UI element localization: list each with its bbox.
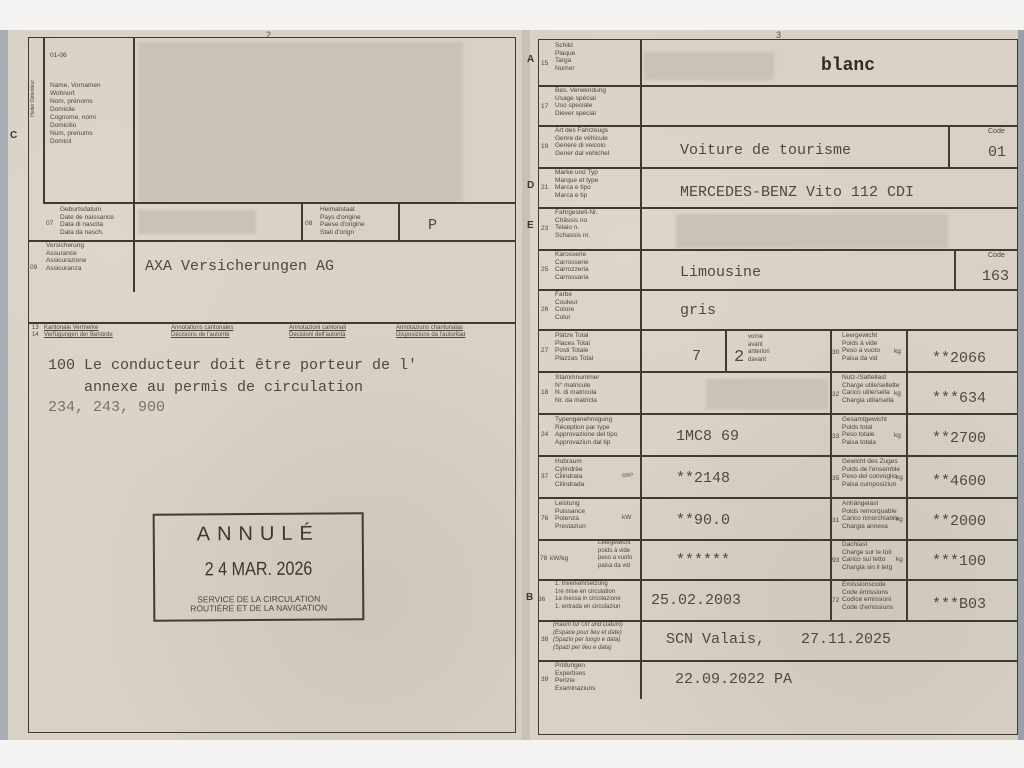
divider — [538, 660, 1018, 662]
field-31-number: 31 — [832, 517, 839, 524]
stamp-date: 2 4 MAR. 2026 — [170, 558, 346, 581]
field-17-label: Bes. Verwendung Usage spécial Uso specia… — [555, 87, 606, 117]
chassis-number-redacted — [676, 214, 948, 248]
matricule-redacted — [706, 379, 828, 409]
body-type-code: 163 — [982, 268, 1009, 285]
vehicle-type-code: 01 — [988, 144, 1006, 161]
field-15-label: Schild Plaque Targa Numer — [555, 42, 575, 72]
divider — [948, 125, 950, 167]
label-column-divider — [640, 39, 642, 699]
section-letter-e: E — [527, 220, 534, 231]
holder-side-label: Halter Détenteur — [30, 80, 42, 117]
code-label: Code — [988, 252, 1005, 259]
code-label: Code — [988, 128, 1005, 135]
plate-color-value: blanc — [821, 56, 875, 76]
divider — [43, 37, 45, 202]
field-35-label: Gewicht des Zuges Poids de l'ensemble Pe… — [842, 458, 900, 488]
annotations-field-numbers: 13 14 — [32, 325, 39, 339]
field-36-label: 1. Inverkehrsetzung 1re mise en circulat… — [555, 581, 621, 611]
divider — [538, 249, 1018, 251]
scan-edge-left — [0, 30, 8, 740]
field-23-label: Fahrgestell-Nr. Châssis no Telaio n. Sch… — [555, 209, 598, 239]
place-date-value: SCN Valais, 27.11.2025 — [666, 631, 891, 648]
stamp-footer: SERVICE DE LA CIRCULATION ROUTIÈRE ET DE… — [155, 594, 362, 613]
field-27-label: Plätze Total Places Total Posti Totale P… — [555, 332, 593, 362]
field-37-unit: cm³ — [622, 472, 633, 479]
field-72-label: Emissionscode Code émissions Codice emis… — [842, 581, 893, 611]
field-93-unit: kg — [896, 556, 903, 563]
field-08-number: 08 — [305, 220, 312, 227]
field-76-unit: kW — [622, 514, 631, 521]
type-approval-value: 1MC8 69 — [676, 428, 739, 445]
page-gutter — [522, 30, 530, 740]
divider — [28, 240, 516, 242]
field-33-number: 33 — [832, 433, 839, 440]
field-76-label: Leistung Puissance Potenza Prestaziun — [555, 500, 586, 530]
field-08-label: Heimatstaat Pays d'origine Paese d'origi… — [320, 206, 365, 236]
section-letter-b: B — [526, 592, 533, 603]
field-27-number: 27 — [541, 347, 548, 354]
field-26-label: Farbe Couleur Colore Colur — [555, 291, 578, 321]
field-38-label: (Raum für Ort und Datum) (Espace pour li… — [553, 622, 623, 652]
field-17-number: 17 — [541, 103, 548, 110]
field-93-number: 93 — [832, 557, 839, 564]
field-93-label: Dachlast Charge sur le toit Carico sul t… — [842, 541, 892, 571]
field-35-number: 35 — [832, 475, 839, 482]
annotation-line-2: annexe au permis de circulation — [48, 379, 363, 396]
divider — [43, 202, 516, 204]
field-30-unit: kg — [894, 348, 901, 355]
towing-weight-value: **2000 — [932, 513, 986, 530]
field-31-label: Anhängelast Poids remorquable Carico rim… — [842, 500, 899, 530]
field-39-label: Prüfungen Expertises Perizie Examinaziun… — [555, 662, 595, 692]
make-model-value: MERCEDES-BENZ Vito 112 CDI — [680, 184, 914, 201]
color-value: gris — [680, 302, 716, 319]
body-type-value: Limousine — [680, 264, 761, 281]
divider — [538, 413, 1018, 415]
divider — [954, 249, 956, 289]
section-letter-d: D — [527, 180, 534, 191]
field-19-number: 19 — [541, 143, 548, 150]
field-21-number: 21 — [541, 184, 548, 191]
annotation-header-fr: Annotations cantonales Décisions de l'au… — [171, 325, 233, 339]
emission-code-value: ***B03 — [932, 596, 986, 613]
empty-weight-value: **2066 — [932, 350, 986, 367]
field-07-label: Geburtsdatum Date de naissance Data di n… — [60, 206, 114, 236]
divider — [301, 202, 303, 240]
field-32-label: Nutz-/Sattellast Charge utile/sellette C… — [842, 374, 899, 404]
field-78-label: Leergewicht poids à vide peso a vuoto pa… — [598, 540, 632, 570]
divider — [906, 329, 908, 579]
annotation-line-3: 234, 243, 900 — [48, 399, 165, 416]
divider — [538, 289, 1018, 291]
holder-redacted — [138, 42, 463, 202]
section-letter-c: C — [10, 130, 17, 141]
displacement-value: **2148 — [676, 470, 730, 487]
divider — [725, 329, 727, 371]
train-weight-value: **4600 — [932, 473, 986, 490]
field-78-number: 78 — [540, 555, 547, 562]
field-21-label: Marke und Typ Marque et type Marca e tip… — [555, 169, 598, 199]
divider — [906, 579, 908, 620]
insurance-value: AXA Versicherungen AG — [145, 258, 334, 275]
field-24-label: Typengenehmigung Réception par type Appr… — [555, 416, 618, 446]
origin-value: P — [428, 217, 437, 234]
field-76-number: 76 — [541, 515, 548, 522]
field-37-label: Hubraum Cylindrée Cilindrata Cilindrada — [555, 458, 584, 488]
field-18-label: Stammnummer N° matricule N. di matricola… — [555, 374, 599, 404]
seats-front-label: vorne avant anteriori davant — [748, 334, 770, 364]
divider — [398, 202, 400, 240]
holder-labels: Name, Vornamen Wohnort Nom, prénoms Domi… — [50, 82, 101, 146]
divider — [538, 85, 1018, 87]
field-35-unit: kg — [896, 474, 903, 481]
first-registration-value: 25.02.2003 — [651, 592, 741, 609]
field-39-number: 39 — [541, 676, 548, 683]
field-32-number: 32 — [832, 391, 839, 398]
left-page: 2 C Halter Détenteur 01-06 Name, Vorname… — [8, 30, 522, 740]
field-72-number: 72 — [832, 597, 839, 604]
field-33-unit: kg — [894, 432, 901, 439]
annotation-header-rm: Annotaziuns chantunalas Disposiziuns da … — [396, 325, 466, 339]
scan-bottom-margin — [0, 740, 1024, 768]
section-letter-a: A — [527, 54, 534, 65]
field-78-unit: kW/kg — [550, 555, 568, 562]
right-page: 3 A 15 Schild Plaque Targa Numer blanc 1… — [530, 30, 1018, 740]
field-19-label: Art des Fahrzeugs Genre de véhicule Gene… — [555, 127, 609, 157]
cancelled-stamp: ANNULÉ 2 4 MAR. 2026 SERVICE DE LA CIRCU… — [153, 512, 365, 621]
field-36-number: 36 — [538, 596, 545, 603]
field-26-number: 26 — [541, 306, 548, 313]
divider — [538, 125, 1018, 127]
field-38-number: 38 — [541, 636, 548, 643]
annotation-header-it: Annotazioni cantonali Decisioni dell'aut… — [289, 325, 346, 339]
vehicle-type-value: Voiture de tourisme — [680, 142, 851, 159]
field-18-number: 18 — [541, 389, 548, 396]
field-23-number: 23 — [541, 225, 548, 232]
divider — [538, 207, 1018, 209]
divider — [538, 167, 1018, 169]
field-25-number: 25 — [541, 266, 548, 273]
field-24-number: 24 — [541, 431, 548, 438]
field-09-label: Versicherung Assurance Assicurazione Ass… — [46, 242, 86, 272]
divider — [538, 455, 1018, 457]
annotation-line-1: 100 Le conducteur doit être porteur de l… — [48, 357, 417, 374]
divider — [538, 329, 1018, 331]
scan-edge-right — [1018, 30, 1024, 740]
annotation-header-de: Kantonale Vermerke Verfügungen der Behör… — [44, 325, 113, 339]
plate-number-redacted — [644, 52, 774, 80]
field-09-number: 09 — [30, 264, 37, 271]
field-15-number: 15 — [541, 60, 548, 67]
roof-load-value: ***100 — [932, 553, 986, 570]
seats-front-value: 2 — [734, 348, 744, 367]
divider — [28, 322, 516, 324]
payload-value: ***634 — [932, 390, 986, 407]
field-31-unit: kg — [896, 516, 903, 523]
seats-total-value: 7 — [692, 348, 701, 365]
divider — [830, 329, 832, 579]
field-37-number: 37 — [541, 473, 548, 480]
field-30-number: 30 — [832, 349, 839, 356]
field-32-unit: kg — [894, 390, 901, 397]
divider — [133, 37, 135, 292]
stamp-title: ANNULÉ — [155, 522, 362, 546]
power-weight-value: ****** — [676, 552, 730, 569]
field-30-label: Leergewicht Poids à vide Peso a vuoto Pa… — [842, 332, 880, 362]
power-value: **90.0 — [676, 512, 730, 529]
divider — [538, 497, 1018, 499]
total-weight-value: **2700 — [932, 430, 986, 447]
divider — [538, 371, 1018, 373]
holder-field-number: 01-06 — [50, 52, 67, 60]
field-25-label: Karosserie Carrosserie Carrozzeria Carro… — [555, 251, 589, 281]
field-33-label: Gesamtgewicht Poids total Peso totale Pa… — [842, 416, 887, 446]
birthdate-redacted — [138, 210, 256, 234]
field-07-number: 07 — [46, 220, 53, 227]
inspection-value: 22.09.2022 PA — [675, 671, 792, 688]
